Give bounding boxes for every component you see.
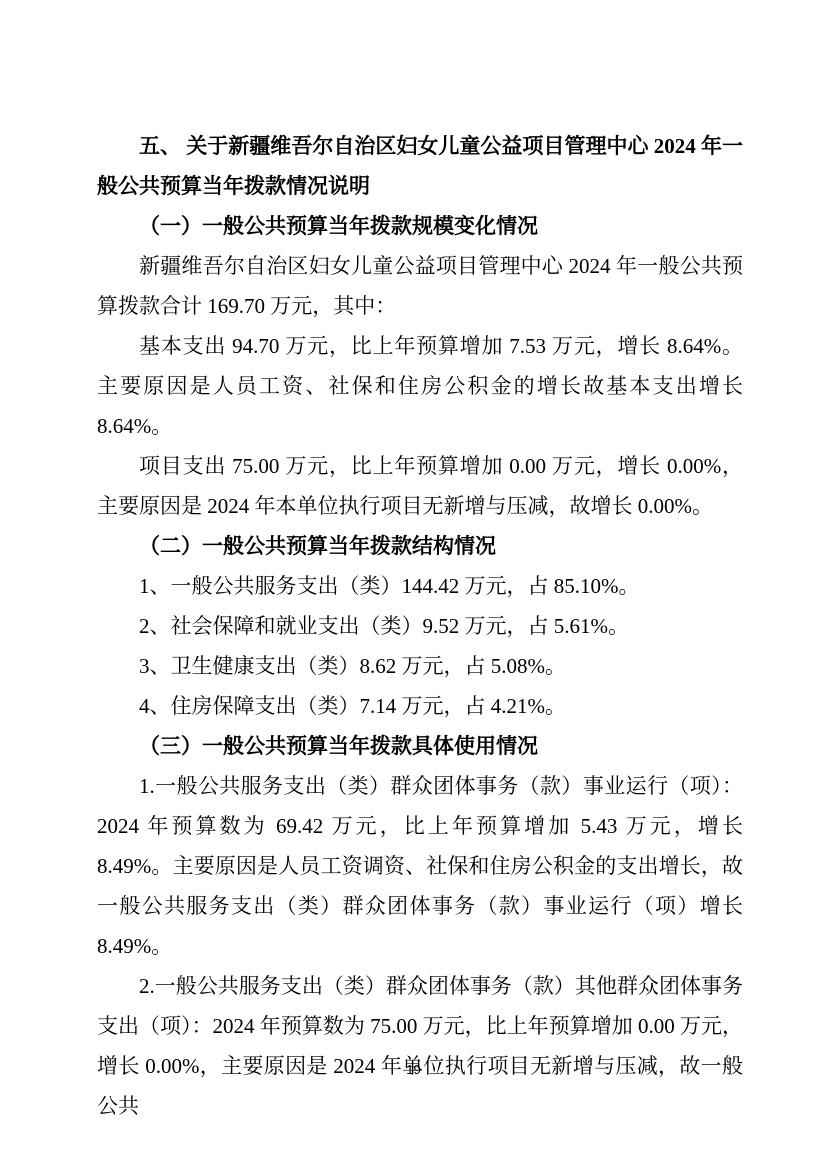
document-body: 五、 关于新疆维吾尔自治区妇女儿童公益项目管理中心 2024 年一般公共预算当年… xyxy=(97,126,743,1126)
list-item-health: 3、卫生健康支出（类）8.62 万元，占 5.08%。 xyxy=(97,646,743,686)
paragraph-detail-operation: 1.一般公共服务支出（类）群众团体事务（款）事业运行（项）：2024 年预算数为… xyxy=(97,766,743,966)
subsection-heading-2: （二）一般公共预算当年拨款结构情况 xyxy=(97,526,743,566)
paragraph-total-allocation: 新疆维吾尔自治区妇女儿童公益项目管理中心 2024 年一般公共预算拨款合计 16… xyxy=(97,246,743,326)
subsection-heading-3: （三）一般公共预算当年拨款具体使用情况 xyxy=(97,726,743,766)
subsection-heading-1: （一）一般公共预算当年拨款规模变化情况 xyxy=(97,206,743,246)
page-number: 19 xyxy=(0,1062,827,1077)
list-item-housing: 4、住房保障支出（类）7.14 万元，占 4.21%。 xyxy=(97,686,743,726)
paragraph-project-expenditure: 项目支出 75.00 万元，比上年预算增加 0.00 万元，增长 0.00%，主… xyxy=(97,446,743,526)
section-heading-five: 五、 关于新疆维吾尔自治区妇女儿童公益项目管理中心 2024 年一般公共预算当年… xyxy=(97,126,743,206)
list-item-social-security: 2、社会保障和就业支出（类）9.52 万元，占 5.61%。 xyxy=(97,606,743,646)
paragraph-basic-expenditure: 基本支出 94.70 万元，比上年预算增加 7.53 万元，增长 8.64%。主… xyxy=(97,326,743,446)
paragraph-detail-other-mass-org: 2.一般公共服务支出（类）群众团体事务（款）其他群众团体事务支出（项）：2024… xyxy=(97,966,743,1126)
document-page: 五、 关于新疆维吾尔自治区妇女儿童公益项目管理中心 2024 年一般公共预算当年… xyxy=(0,0,827,1170)
list-item-general-public-services: 1、一般公共服务支出（类）144.42 万元，占 85.10%。 xyxy=(97,566,743,606)
